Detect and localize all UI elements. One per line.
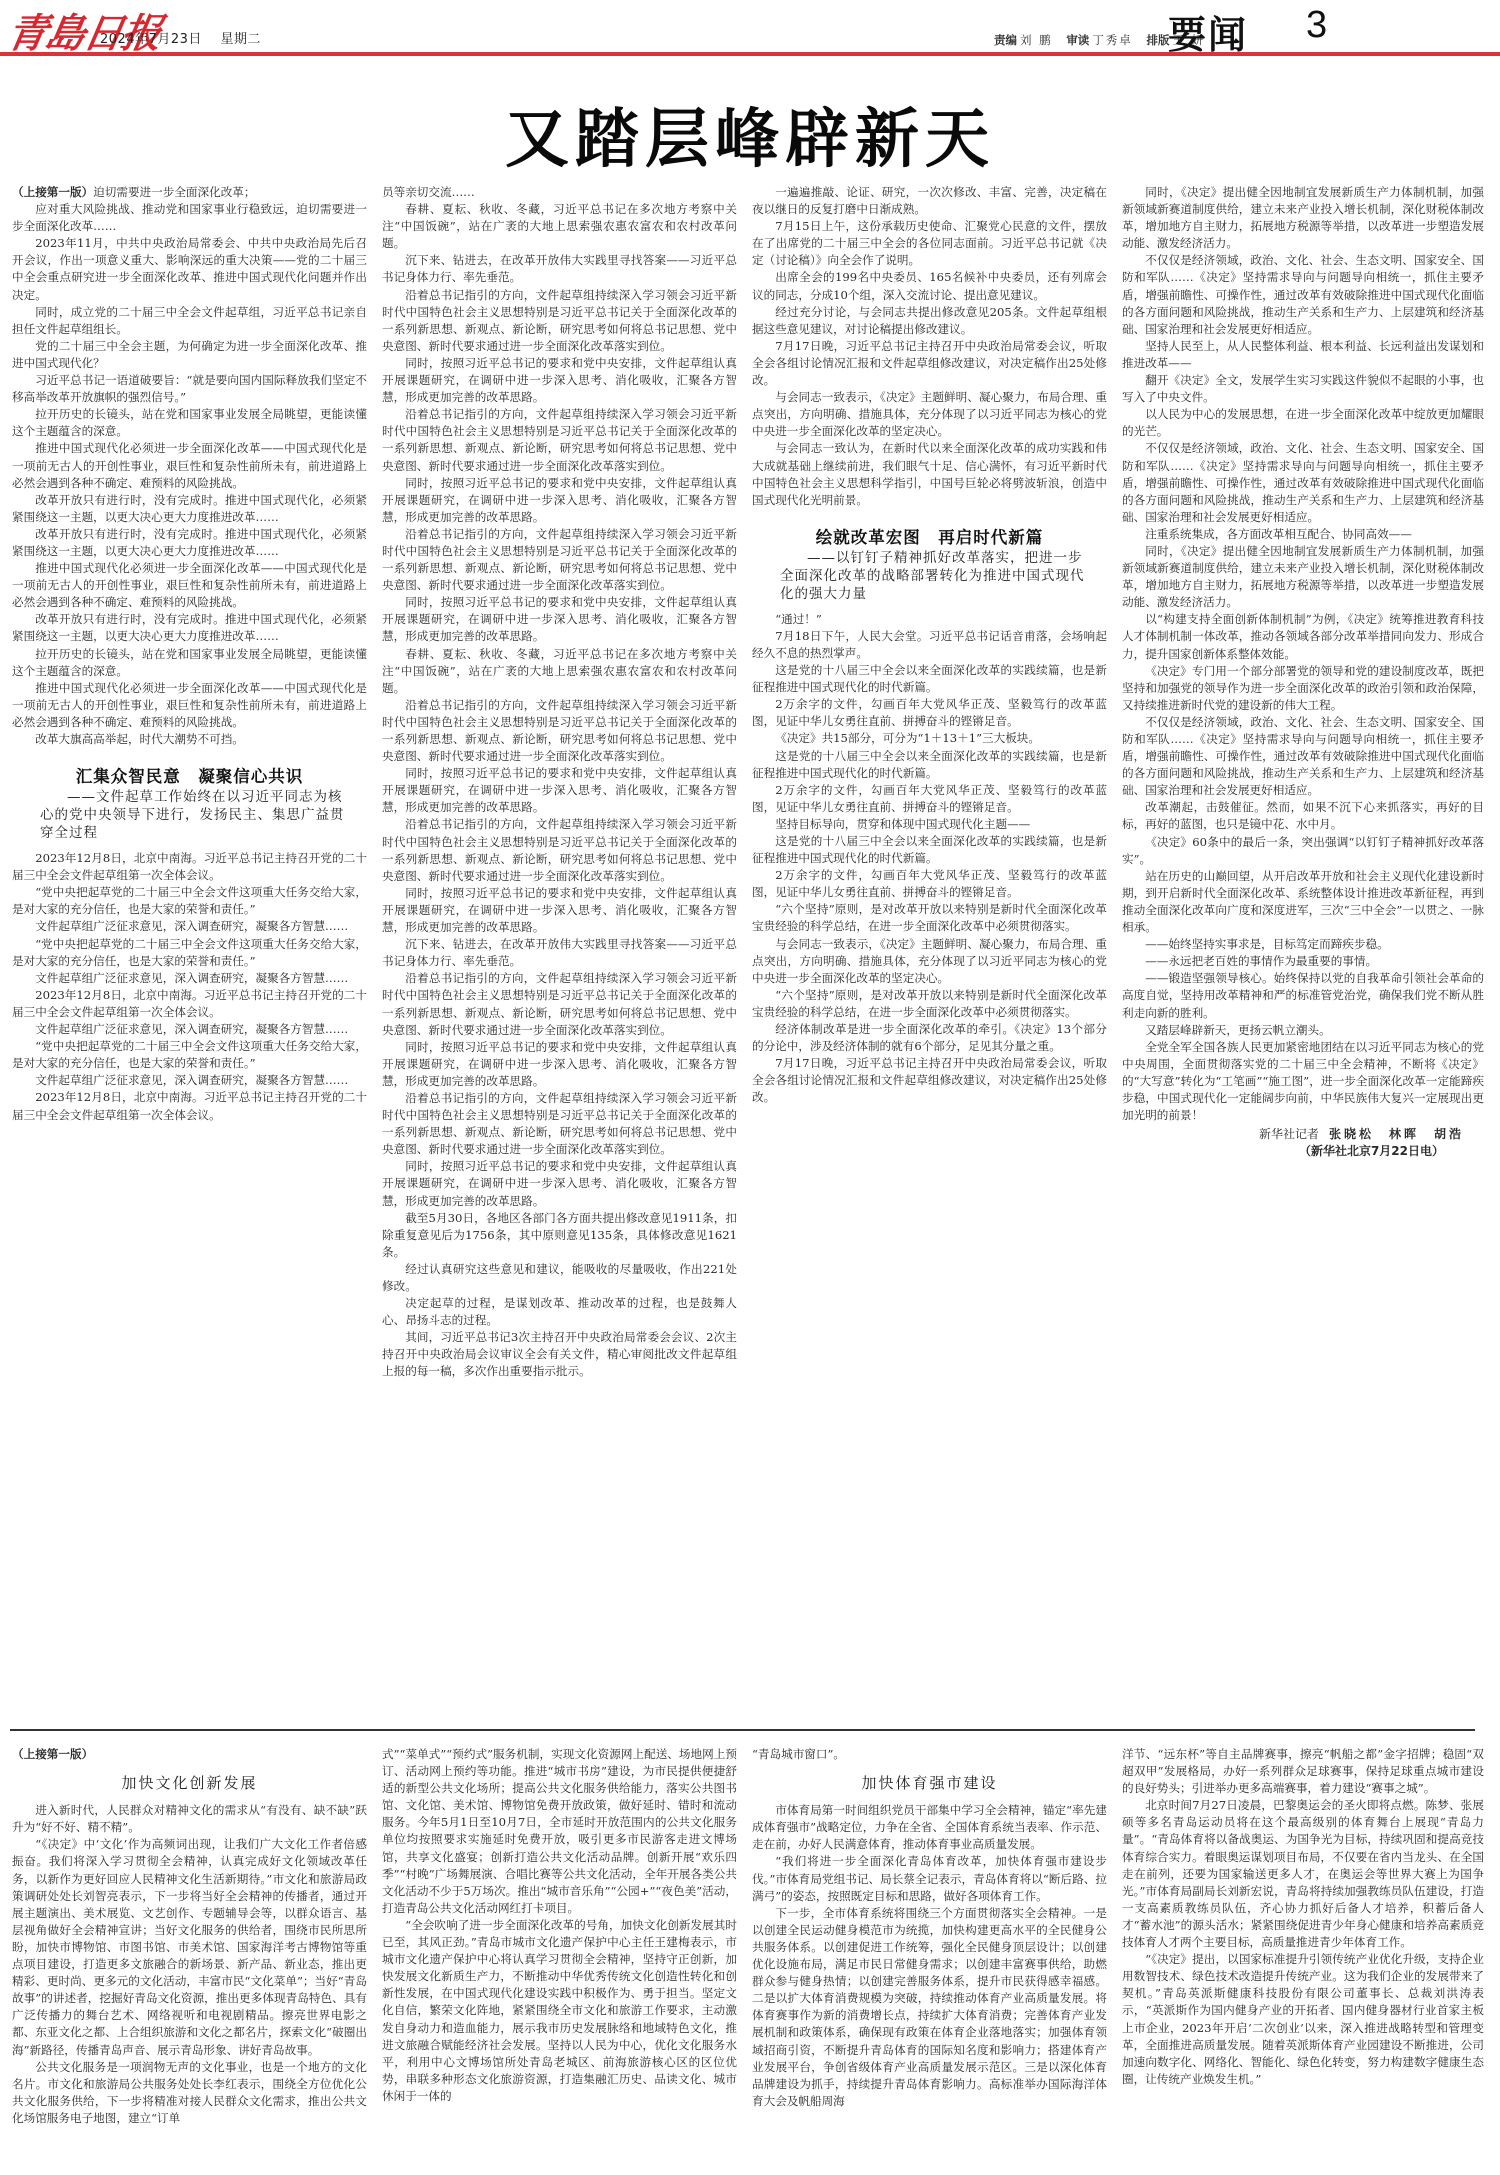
paragraph: 与会同志一致表示，《决定》主题鲜明、凝心聚力，布局合理、重点突出，方向明确、措施…: [752, 389, 1107, 440]
paragraph: 《决定》专门用一个部分部署党的领导和党的建设制度改革，既把坚持和加强党的领导作为…: [1122, 663, 1484, 714]
byline-prefix: 新华社记者: [1259, 1127, 1319, 1141]
subheading-title: 汇集众智民意 凝聚信心共识: [12, 766, 367, 788]
main-col-4: 同时，《决定》提出健全因地制宜发展新质生产力体制机制，加强新领域新赛道制度供给，…: [1122, 184, 1484, 1714]
paragraph: “六个坚持”原则，是对改革开放以来特别是新时代全面深化改革宝贵经验的科学总结，在…: [752, 901, 1107, 935]
paragraph: 《决定》共15部分，可分为“1＋13＋1”三大板块。: [752, 730, 1107, 747]
masthead-rule: [0, 52, 1500, 56]
paragraph: 2023年12月8日，北京中南海。习近平总书记主持召开党的二十届三中全会文件起草…: [12, 987, 367, 1021]
paragraph: 员等亲切交流……: [382, 184, 737, 201]
paragraph: “通过！”: [752, 611, 1107, 628]
date: 2024年7月23日: [100, 32, 202, 47]
paragraph: 同时，按照习近平总书记的要求和党中央安排，文件起草组认真开展课题研究，在调研中进…: [382, 885, 737, 936]
subheading-title: 绘就改革宏图 再启时代新篇: [752, 527, 1107, 549]
paragraph: 2023年12月8日，北京中南海。习近平总书记主持召开党的二十届三中全会文件起草…: [12, 1089, 367, 1123]
credit-name: 丁秀卓: [1092, 33, 1133, 47]
paragraph: 注重系统集成，各方面改革相互配合、协同高效——: [1122, 526, 1484, 543]
paragraph: 文件起草组广泛征求意见，深入调查研究，凝聚各方智慧……: [12, 918, 367, 935]
paragraph: 决定起草的过程，是谋划改革、推动改革的过程，也是鼓舞人心、昂扬斗志的过程。: [382, 1295, 737, 1329]
main-col-3: 一遍遍推敲、论证、研究，一次次修改、丰富、完善，决定稿在夜以继日的反复打磨中日渐…: [752, 184, 1107, 1714]
paragraph: 改革开放只有进行时，没有完成时。推进中国式现代化，必须紧紧围绕这一主题，以更大决…: [12, 526, 367, 560]
paragraph: 下一步，全市体育系统将围绕三个方面贯彻落实全会精神。一是以创建全民运动健身模范市…: [752, 1905, 1107, 2110]
paragraph: 同时，成立党的二十届三中全会文件起草组，习近平总书记亲自担任文件起草组组长。: [12, 304, 367, 338]
paragraph: 以人民为中心的发展思想，在进一步全面深化改革中绽放更加耀眼的光芒。: [1122, 406, 1484, 440]
weekday: 星期二: [221, 32, 262, 47]
paragraph: 坚持目标导向，贯穿和体现中国式现代化主题——: [752, 816, 1107, 833]
paragraph: 一遍遍推敲、论证、研究，一次次修改、丰富、完善，决定稿在夜以继日的反复打磨中日渐…: [752, 184, 1107, 218]
paragraph: 沿着总书记指引的方向，文件起草组持续深入学习领会习近平新时代中国特色社会主义思想…: [382, 697, 737, 765]
paragraph: “《决定》提出，以国家标准提升引领传统产业优化升级，支持企业用数智技术、绿色技术…: [1122, 1951, 1484, 2088]
paragraph: 坚持人民至上，从人民整体利益、根本利益、长远利益出发谋划和推进改革——: [1122, 338, 1484, 372]
paragraph: ——锻造坚强领导核心。始终保持以党的自我革命引领社会革命的高度自觉，坚持用改革精…: [1122, 970, 1484, 1021]
paragraph: 沉下来、钻进去，在改革开放伟大实践里寻找答案——习近平总书记身体力行、率先垂范。: [382, 936, 737, 970]
paragraph: 又踏层峰辟新天，更扬云帆立潮头。: [1122, 1022, 1484, 1039]
paragraph: “我们将进一步全面深化青岛体育改革，加快体育强市建设步伐。”市体育局党组书记、局…: [752, 1853, 1107, 1904]
paragraph: 文件起草组广泛征求意见，深入调查研究，凝聚各方智慧……: [12, 1021, 367, 1038]
paragraph: “《决定》中‘文化’作为高频词出现，让我们广大文化工作者倍感振奋。我们将深入学习…: [12, 1836, 367, 2058]
paragraph: 春耕、夏耘、秋收、冬藏，习近平总书记在多次地方考察中关注“中国饭碗”，站在广袤的…: [382, 201, 737, 252]
paragraph: 同时，按照习近平总书记的要求和党中央安排，文件起草组认真开展课题研究，在调研中进…: [382, 475, 737, 526]
paragraph: 同时，按照习近平总书记的要求和党中央安排，文件起草组认真开展课题研究，在调研中进…: [382, 1039, 737, 1090]
subheading-subtitle: ——文件起草工作始终在以习近平同志为核心的党中央领导下进行，发扬民主、集思广益贯…: [12, 788, 367, 842]
paragraph: “党中央把起草党的二十届三中全会文件这项重大任务交给大家，是对大家的充分信任，也…: [12, 1038, 367, 1072]
paragraph: “六个坚持”原则，是对改革开放以来特别是新时代全面深化改革宝贵经验的科学总结，在…: [752, 987, 1107, 1021]
paragraph: 沿着总书记指引的方向，文件起草组持续深入学习领会习近平新时代中国特色社会主义思想…: [382, 816, 737, 884]
credit-role: 审读: [1066, 33, 1089, 47]
paragraph: 截至5月30日，各地区各部门各方面共提出修改意见1911条，扣除重复意见后为17…: [382, 1210, 737, 1261]
paragraph: “全会吹响了进一步全面深化改革的号角，加快文化创新发展其时已至，其风正劲。”青岛…: [382, 1917, 737, 2105]
paragraph: ——永远把老百姓的事情作为最重要的事情。: [1122, 953, 1484, 970]
paragraph: 习近平总书记一语道破要旨：“就是要向国内国际释放我们坚定不移高举改革开放旗帜的强…: [12, 372, 367, 406]
paragraph: 党的二十届三中全会主题，为何确定为进一步全面深化改革、推进中国式现代化？: [12, 338, 367, 372]
subheading: 绘就改革宏图 再启时代新篇 ——以钉钉子精神抓好改革落实，把进一步全面深化改革的…: [752, 527, 1107, 603]
paragraph: 同时，按照习近平总书记的要求和党中央安排，文件起草组认真开展课题研究，在调研中进…: [382, 765, 737, 816]
paragraph: 这是党的十八届三中全会以来全面深化改革的实践续篇，也是新征程推进中国式现代化的时…: [752, 833, 1107, 867]
paragraph: 全党全军全国各族人民更加紧密地团结在以习近平同志为核心的党中央周围，全面贯彻落实…: [1122, 1039, 1484, 1124]
paragraph: 进入新时代，人民群众对精神文化的需求从“有没有、缺不缺”跃升为“好不好、精不精”…: [12, 1802, 367, 1836]
section-title: 加快体育强市建设: [752, 1775, 1107, 1792]
headline: 又踏层峰辟新天: [0, 88, 1500, 180]
paragraph: 经济体制改革是进一步全面深化改革的牵引。《决定》13个部分的分论中，涉及经济体制…: [752, 1021, 1107, 1055]
paragraph: “党中央把起草党的二十届三中全会文件这项重大任务交给大家，是对大家的充分信任，也…: [12, 884, 367, 918]
paragraph: 同时，按照习近平总书记的要求和党中央安排，文件起草组认真开展课题研究，在调研中进…: [382, 1158, 737, 1209]
paragraph: 文件起草组广泛征求意见，深入调查研究，凝聚各方智慧……: [12, 970, 367, 987]
paragraph: 2023年11月，中共中央政治局常委会、中共中央政治局先后召开会议，作出一项意义…: [12, 235, 367, 303]
paragraph: 2万余字的文件，勾画百年大党风华正茂、坚毅笃行的改革蓝图，见证中华儿女勇往直前、…: [752, 867, 1107, 901]
continued-label: （上接第一版）: [12, 1746, 367, 1763]
paragraph: 应对重大风险挑战、推动党和国家事业行稳致远，迫切需要进一步全面深化改革……: [12, 201, 367, 235]
main-col-2: 员等亲切交流…… 春耕、夏耘、秋收、冬藏，习近平总书记在多次地方考察中关注“中国…: [382, 184, 737, 1714]
paragraph: 同时，按照习近平总书记的要求和党中央安排，文件起草组认真开展课题研究，在调研中进…: [382, 594, 737, 645]
paragraph: 拉开历史的长镜头，站在党和国家事业发展全局眺望，更能读懂这个主题蕴含的深意。: [12, 406, 367, 440]
page-number: 3: [1306, 4, 1327, 47]
paragraph: 改革开放只有进行时，没有完成时。推进中国式现代化，必须紧紧围绕这一主题，以更大决…: [12, 611, 367, 645]
paragraph: 与会同志一致认为，在新时代以来全面深化改革的成功实践和伟大成就基础上继续前进，我…: [752, 440, 1107, 508]
issue-date: 2024年7月23日 星期二: [100, 28, 275, 47]
paragraph: 改革潮起，击鼓催征。然而，如果不沉下心来抓落实，再好的目标，再好的蓝图，也只是镜…: [1122, 799, 1484, 833]
paragraph: 站在历史的山巅回望，从开启改革开放和社会主义现代化建设新时期，到开启新时代全面深…: [1122, 868, 1484, 936]
paragraph: 北京时间7月27日凌晨，巴黎奥运会的圣火即将点燃。陈梦、张展硕等多名青岛运动员将…: [1122, 1797, 1484, 1951]
bottom-col-3: “青岛城市窗口”。 加快体育强市建设 市体育局第一时间组织党员干部集中学习全会精…: [752, 1746, 1107, 2171]
paragraph: 改革大旗高高举起，时代大潮势不可挡。: [12, 731, 367, 748]
credit-role: 排版: [1146, 33, 1169, 47]
paragraph: 7月17日晚，习近平总书记主持召开中央政治局常委会议，听取全会各组讨论情况汇报和…: [752, 338, 1107, 389]
bottom-col-4: 洋节、“远东杯”等自主品牌赛事，擦亮“帆船之都”金字招牌；稳固“双超双甲”发展格…: [1122, 1746, 1484, 2171]
credit-name: 刘 鹏: [1020, 33, 1053, 47]
paragraph: 文件起草组广泛征求意见，深入调查研究，凝聚各方智慧……: [12, 1072, 367, 1089]
bottom-col-1: （上接第一版） 加快文化创新发展 进入新时代，人民群众对精神文化的需求从“有没有…: [12, 1746, 367, 2171]
paragraph: 拉开历史的长镜头，站在党和国家事业发展全局眺望，更能读懂这个主题蕴含的深意。: [12, 646, 367, 680]
continued-label: （上接第一版）: [12, 185, 93, 199]
subheading: 汇集众智民意 凝聚信心共识 ——文件起草工作始终在以习近平同志为核心的党中央领导…: [12, 766, 367, 842]
paragraph: ——始终坚持实事求是，目标笃定而蹄疾步稳。: [1122, 936, 1484, 953]
section-name: 要闻: [1168, 4, 1248, 59]
paragraph: 这是党的十八届三中全会以来全面深化改革的实践续篇，也是新征程推进中国式现代化的时…: [752, 662, 1107, 696]
paragraph: 沿着总书记指引的方向，文件起草组持续深入学习领会习近平新时代中国特色社会主义思想…: [382, 970, 737, 1038]
paragraph: 不仅仅是经济领域，政治、文化、社会、生态文明、国家安全、国防和军队……《决定》坚…: [1122, 440, 1484, 525]
paragraph: （上接第一版）迫切需要进一步全面深化改革；: [12, 184, 367, 201]
paragraph: 2万余字的文件，勾画百年大党风华正茂、坚毅笃行的改革蓝图，见证中华儿女勇往直前、…: [752, 696, 1107, 730]
paragraph: 沿着总书记指引的方向，文件起草组持续深入学习领会习近平新时代中国特色社会主义思想…: [382, 526, 737, 594]
paragraph: 同时，《决定》提出健全因地制宜发展新质生产力体制机制，加强新领域新赛道制度供给，…: [1122, 184, 1484, 252]
paragraph: 同时，按照习近平总书记的要求和党中央安排，文件起草组认真开展课题研究，在调研中进…: [382, 355, 737, 406]
paragraph: 不仅仅是经济领域，政治、文化、社会、生态文明、国家安全、国防和军队……《决定》坚…: [1122, 252, 1484, 337]
paragraph: 这是党的十八届三中全会以来全面深化改革的实践续篇，也是新征程推进中国式现代化的时…: [752, 748, 1107, 782]
dateline: （新华社北京7月22日电）: [1122, 1143, 1484, 1160]
paragraph: 改革开放只有进行时，没有完成时。推进中国式现代化，必须紧紧围绕这一主题，以更大决…: [12, 492, 367, 526]
byline-authors: 张晓松 林晖 胡浩: [1329, 1127, 1464, 1141]
bottom-col-2: 式”“菜单式”“预约式”服务机制，实现文化资源网上配送、场地网上预订、活动网上预…: [382, 1746, 737, 2171]
paragraph: 同时，《决定》提出健全因地制宜发展新质生产力体制机制，加强新领域新赛道制度供给，…: [1122, 543, 1484, 611]
paragraph: 2万余字的文件，勾画百年大党风华正茂、坚毅笃行的改革蓝图，见证中华儿女勇往直前、…: [752, 782, 1107, 816]
paragraph: 沿着总书记指引的方向，文件起草组持续深入学习领会习近平新时代中国特色社会主义思想…: [382, 406, 737, 474]
paragraph: 2023年12月8日，北京中南海。习近平总书记主持召开党的二十届三中全会文件起草…: [12, 850, 367, 884]
paragraph: 春耕、夏耘、秋收、冬藏，习近平总书记在多次地方考察中关注“中国饭碗”，站在广袤的…: [382, 646, 737, 697]
paragraph: 沿着总书记指引的方向，文件起草组持续深入学习领会习近平新时代中国特色社会主义思想…: [382, 287, 737, 355]
paragraph: “党中央把起草党的二十届三中全会文件这项重大任务交给大家，是对大家的充分信任，也…: [12, 936, 367, 970]
paragraph: 推进中国式现代化必须进一步全面深化改革——中国式现代化是一项前无古人的开创性事业…: [12, 680, 367, 731]
paragraph: 公共文化服务是一项润物无声的文化事业，也是一个地方的文化名片。市文化和旅游局公共…: [12, 2059, 367, 2127]
paragraph: 与会同志一致表示，《决定》主题鲜明、凝心聚力，布局合理、重点突出，方向明确、措施…: [752, 936, 1107, 987]
paragraph: 7月17日晚，习近平总书记主持召开中央政治局常委会议，听取全会各组讨论情况汇报和…: [752, 1055, 1107, 1106]
credit-role: 责编: [994, 33, 1017, 47]
paragraph: 以“构建支持全面创新体制机制”为例，《决定》统筹推进教育科技人才体制机制一体改革…: [1122, 611, 1484, 662]
paragraph: 《决定》60条中的最后一条，突出强调“以钉钉子精神抓好改革落实”。: [1122, 834, 1484, 868]
paragraph: 经过认真研究这些意见和建议，能吸收的尽量吸收，作出221处修改。: [382, 1261, 737, 1295]
paragraph: 其间，习近平总书记3次主持召开中央政治局常委会会议、2次主持召开中央政治局会议审…: [382, 1329, 737, 1380]
paragraph: 市体育局第一时间组织党员干部集中学习全会精神，锚定“率先建成体育强市”战略定位，…: [752, 1802, 1107, 1853]
paragraph: 翻开《决定》全文，发展学生实习实践这件貌似不起眼的小事，也写入了中央文件。: [1122, 372, 1484, 406]
paragraph: 式”“菜单式”“预约式”服务机制，实现文化资源网上配送、场地网上预订、活动网上预…: [382, 1746, 737, 1917]
paragraph: 沉下来、钻进去，在改革开放伟大实践里寻找答案——习近平总书记身体力行、率先垂范。: [382, 252, 737, 286]
article-divider: [10, 1729, 1475, 1731]
paragraph: 经过充分讨论，与会同志共提出修改意见205条。文件起草组根据这些意见建议，对讨论…: [752, 304, 1107, 338]
masthead: 青島日报 2024年7月23日 星期二 责编刘 鹏 审读丁秀卓 排版王 妍 要闻…: [0, 0, 1500, 58]
section-title: 加快文化创新发展: [12, 1775, 367, 1792]
paragraph: 不仅仅是经济领域，政治、文化、社会、生态文明、国家安全、国防和军队……《决定》坚…: [1122, 714, 1484, 799]
byline: 新华社记者张晓松 林晖 胡浩: [1122, 1126, 1484, 1143]
paragraph: 沿着总书记指引的方向，文件起草组持续深入学习领会习近平新时代中国特色社会主义思想…: [382, 1090, 737, 1158]
subheading-subtitle: ——以钉钉子精神抓好改革落实，把进一步全面深化改革的战略部署转化为推进中国式现代…: [752, 549, 1107, 603]
paragraph: 出席全会的199名中央委员、165名候补中央委员，还有列席会议的同志，分成10个…: [752, 269, 1107, 303]
main-col-1: （上接第一版）迫切需要进一步全面深化改革； 应对重大风险挑战、推动党和国家事业行…: [12, 184, 367, 1714]
paragraph: “青岛城市窗口”。: [752, 1746, 1107, 1763]
paragraph: 7月18日下午，人民大会堂。习近平总书记话音甫落，会场响起经久不息的热烈掌声。: [752, 628, 1107, 662]
paragraph: 推进中国式现代化必须进一步全面深化改革——中国式现代化是一项前无古人的开创性事业…: [12, 560, 367, 611]
paragraph: 推进中国式现代化必须进一步全面深化改革——中国式现代化是一项前无古人的开创性事业…: [12, 440, 367, 491]
paragraph: 7月15日上午，这份承载历史使命、汇聚党心民意的文件，摆放在了出席党的二十届三中…: [752, 218, 1107, 269]
paragraph: 洋节、“远东杯”等自主品牌赛事，擦亮“帆船之都”金字招牌；稳固“双超双甲”发展格…: [1122, 1746, 1484, 1797]
paragraph-text: 迫切需要进一步全面深化改革；: [93, 185, 255, 199]
